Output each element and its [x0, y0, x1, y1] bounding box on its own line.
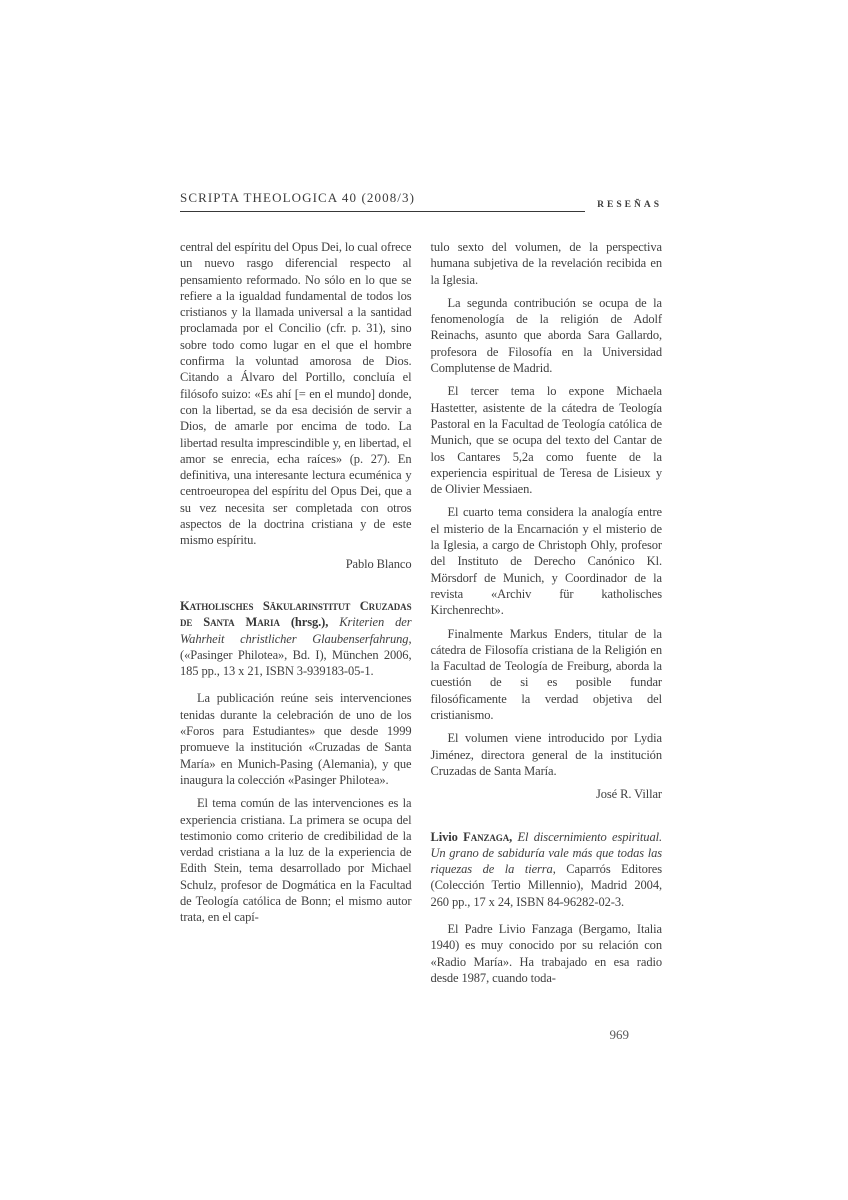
review-paragraph: El cuarto tema considera la analogía ent… — [431, 504, 663, 618]
page-content: SCRIPTA THEOLOGICA 40 (2008/3) RESEÑAS c… — [180, 189, 662, 1043]
citation-separator: , — [509, 830, 517, 844]
right-column: tulo sexto del volumen, de la perspectiv… — [431, 239, 663, 993]
page-header: SCRIPTA THEOLOGICA 40 (2008/3) RESEÑAS — [180, 189, 662, 212]
review-paragraph: central del espíritu del Opus Dei, lo cu… — [180, 239, 412, 549]
review-paragraph: tulo sexto del volumen, de la perspectiv… — [431, 239, 663, 288]
review-paragraph: El Padre Livio Fanzaga (Bergamo, Italia … — [431, 921, 663, 986]
journal-title: SCRIPTA THEOLOGICA 40 (2008/3) — [180, 190, 415, 205]
citation-author-first: Livio — [431, 830, 464, 844]
review-paragraph: El tercer tema lo expone Michaela Hastet… — [431, 383, 663, 497]
journal-page: SCRIPTA THEOLOGICA 40 (2008/3) RESEÑAS c… — [0, 0, 848, 1200]
review-signature: José R. Villar — [431, 786, 663, 802]
citation-author-last: Fanzaga — [463, 830, 509, 844]
review-paragraph: El tema común de las intervenciones es l… — [180, 795, 412, 925]
review-paragraph: La segunda contribución se ocupa de la f… — [431, 295, 663, 376]
book-citation-1: Katholisches Säkularinstitut Cruzadas de… — [180, 598, 412, 679]
page-number: 969 — [180, 1027, 662, 1043]
review-signature: Pablo Blanco — [180, 556, 412, 572]
citation-editor-note: (hrsg.), — [280, 615, 339, 629]
review-paragraph: El volumen viene introducido por Lydia J… — [431, 730, 663, 779]
text-columns: central del espíritu del Opus Dei, lo cu… — [180, 239, 662, 993]
section-label: RESEÑAS — [585, 200, 662, 212]
review-paragraph: Finalmente Markus Enders, titular de la … — [431, 626, 663, 724]
left-column: central del espíritu del Opus Dei, lo cu… — [180, 239, 412, 993]
review-paragraph: La publicación reúne seis intervenciones… — [180, 690, 412, 788]
header-rule: SCRIPTA THEOLOGICA 40 (2008/3) — [180, 189, 585, 212]
book-citation-2: Livio Fanzaga, El discernimiento espirit… — [431, 829, 663, 910]
